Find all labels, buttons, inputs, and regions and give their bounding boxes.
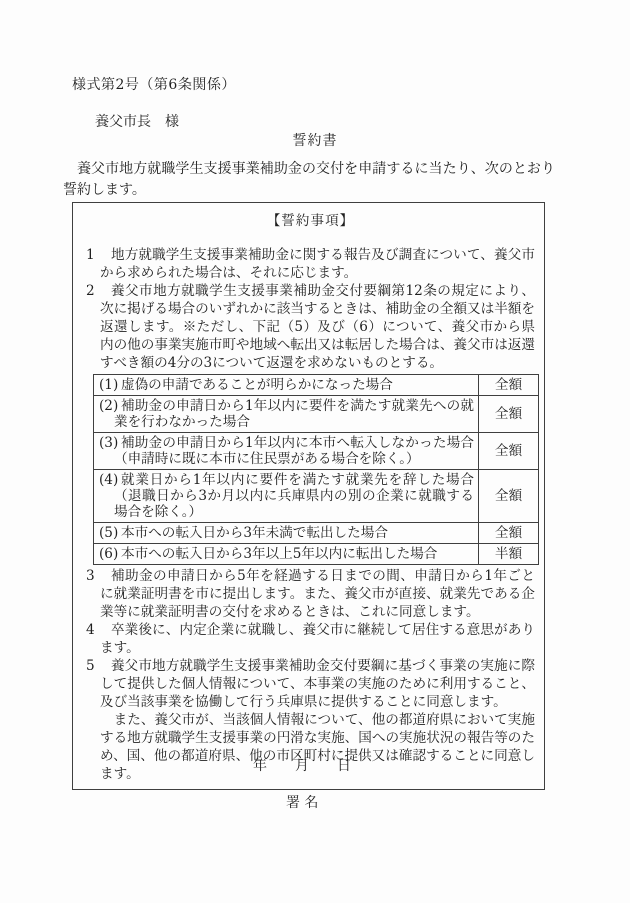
signature-label: 署 名 [286, 792, 318, 812]
pledge-item-1-number: 1 [86, 246, 95, 264]
refund-row-5-amount: 全額 [479, 523, 539, 544]
refund-row-1: (1) 虚偽の申請であることが明らかになった場合 全額 [94, 375, 539, 396]
refund-row-2: (2) 補助金の申請日から1年以内に要件を満たす就業先への就業を行わなかった場合… [94, 396, 539, 433]
refund-row-4-number: (4) [99, 472, 118, 488]
refund-row-1-case: (1) 虚偽の申請であることが明らかになった場合 [94, 375, 479, 396]
refund-row-5-case-text: 本市への転入日から3年未満で転出した場合 [121, 525, 388, 541]
refund-row-3-amount: 全額 [479, 433, 539, 470]
refund-row-2-case: (2) 補助金の申請日から1年以内に要件を満たす就業先への就業を行わなかった場合 [94, 396, 479, 433]
pledge-item-1-text: 地方就職学生支援事業補助金に関する報告及び調査について、養父市から求められた場合… [100, 246, 535, 282]
refund-row-2-number: (2) [99, 398, 118, 414]
refund-row-6-number: (6) [99, 546, 118, 562]
refund-row-2-amount: 全額 [479, 396, 539, 433]
pledge-item-3-number: 3 [86, 567, 95, 585]
refund-row-5-number: (5) [99, 525, 118, 541]
pledge-terms-box: 【誓約事項】 1 地方就職学生支援事業補助金に関する報告及び調査について、養父市… [72, 202, 545, 790]
refund-row-4-amount: 全額 [479, 470, 539, 523]
refund-row-5: (5) 本市への転入日から3年未満で転出した場合 全額 [94, 523, 539, 544]
refund-row-6-case: (6) 本市への転入日から3年以上5年以内に転出した場合 [94, 544, 479, 565]
refund-row-6-amount: 半額 [479, 544, 539, 565]
refund-row-1-amount: 全額 [479, 375, 539, 396]
refund-row-6-case-text: 本市への転入日から3年以上5年以内に転出した場合 [121, 546, 437, 562]
refund-row-4-case: (4) 就業日から1年以内に要件を満たす就業先を辞した場合（退職日から3か月以内… [94, 470, 479, 523]
pledge-item-3-text: 補助金の申請日から5年を経過する日までの間、申請日から1年ごとに就業証明書を市に… [100, 567, 535, 621]
intro-paragraph: 養父市地方就職学生支援事業補助金の交付を申請するに当たり、次のとおり誓約します。 [63, 159, 555, 201]
pledge-item-3: 3 補助金の申請日から5年を経過する日までの間、申請日から1年ごとに就業証明書を… [86, 567, 535, 621]
date-line: 年 月 日 [253, 755, 351, 775]
pledge-item-5-text: 養父市地方就職学生支援事業補助金交付要綱に基づく事業の実施に際して提供した個人情… [100, 657, 535, 711]
refund-row-4: (4) 就業日から1年以内に要件を満たす就業先を辞した場合（退職日から3か月以内… [94, 470, 539, 523]
addressee-mayor: 養父市長 様 [95, 111, 179, 131]
refund-table: (1) 虚偽の申請であることが明らかになった場合 全額 (2) 補助金の申請日か… [93, 374, 539, 565]
pledge-item-4: 4 卒業後に、内定企業に就職し、養父市に継続して居住する意思があります。 [86, 621, 535, 657]
refund-row-3-number: (3) [99, 435, 118, 451]
refund-row-1-number: (1) [99, 377, 118, 393]
refund-row-3-case: (3) 補助金の申請日から1年以内に本市へ転入しなかった場合（申請時に既に本市に… [94, 433, 479, 470]
pledge-terms-heading: 【誓約事項】 [86, 212, 535, 230]
refund-row-3: (3) 補助金の申請日から1年以内に本市へ転入しなかった場合（申請時に既に本市に… [94, 433, 539, 470]
pledge-document-page: 様式第2号（第6条関係） 養父市長 様 誓約書 養父市地方就職学生支援事業補助金… [0, 0, 630, 903]
pledge-item-4-text: 卒業後に、内定企業に就職し、養父市に継続して居住する意思があります。 [100, 621, 535, 657]
pledge-item-5-number: 5 [86, 657, 95, 675]
pledge-item-2: 2 養父市地方就職学生支援事業補助金交付要綱第12条の規定により、次に掲げる場合… [86, 282, 535, 372]
document-title: 誓約書 [0, 130, 630, 150]
pledge-item-2-text: 養父市地方就職学生支援事業補助金交付要綱第12条の規定により、次に掲げる場合のい… [100, 282, 535, 372]
pledge-item-4-number: 4 [86, 621, 95, 639]
pledge-item-1: 1 地方就職学生支援事業補助金に関する報告及び調査について、養父市から求められた… [86, 246, 535, 282]
refund-row-6: (6) 本市への転入日から3年以上5年以内に転出した場合 半額 [94, 544, 539, 565]
pledge-item-2-number: 2 [86, 282, 95, 300]
refund-row-3-case-text: 補助金の申請日から1年以内に本市へ転入しなかった場合（申請時に既に本市に住民票が… [114, 435, 474, 467]
refund-row-5-case: (5) 本市への転入日から3年未満で転出した場合 [94, 523, 479, 544]
refund-row-2-case-text: 補助金の申請日から1年以内に要件を満たす就業先への就業を行わなかった場合 [114, 398, 474, 430]
refund-row-1-case-text: 虚偽の申請であることが明らかになった場合 [121, 377, 393, 393]
form-number: 様式第2号（第6条関係） [72, 74, 236, 94]
refund-row-4-case-text: 就業日から1年以内に要件を満たす就業先を辞した場合（退職日から3か月以内に兵庫県… [114, 472, 474, 520]
